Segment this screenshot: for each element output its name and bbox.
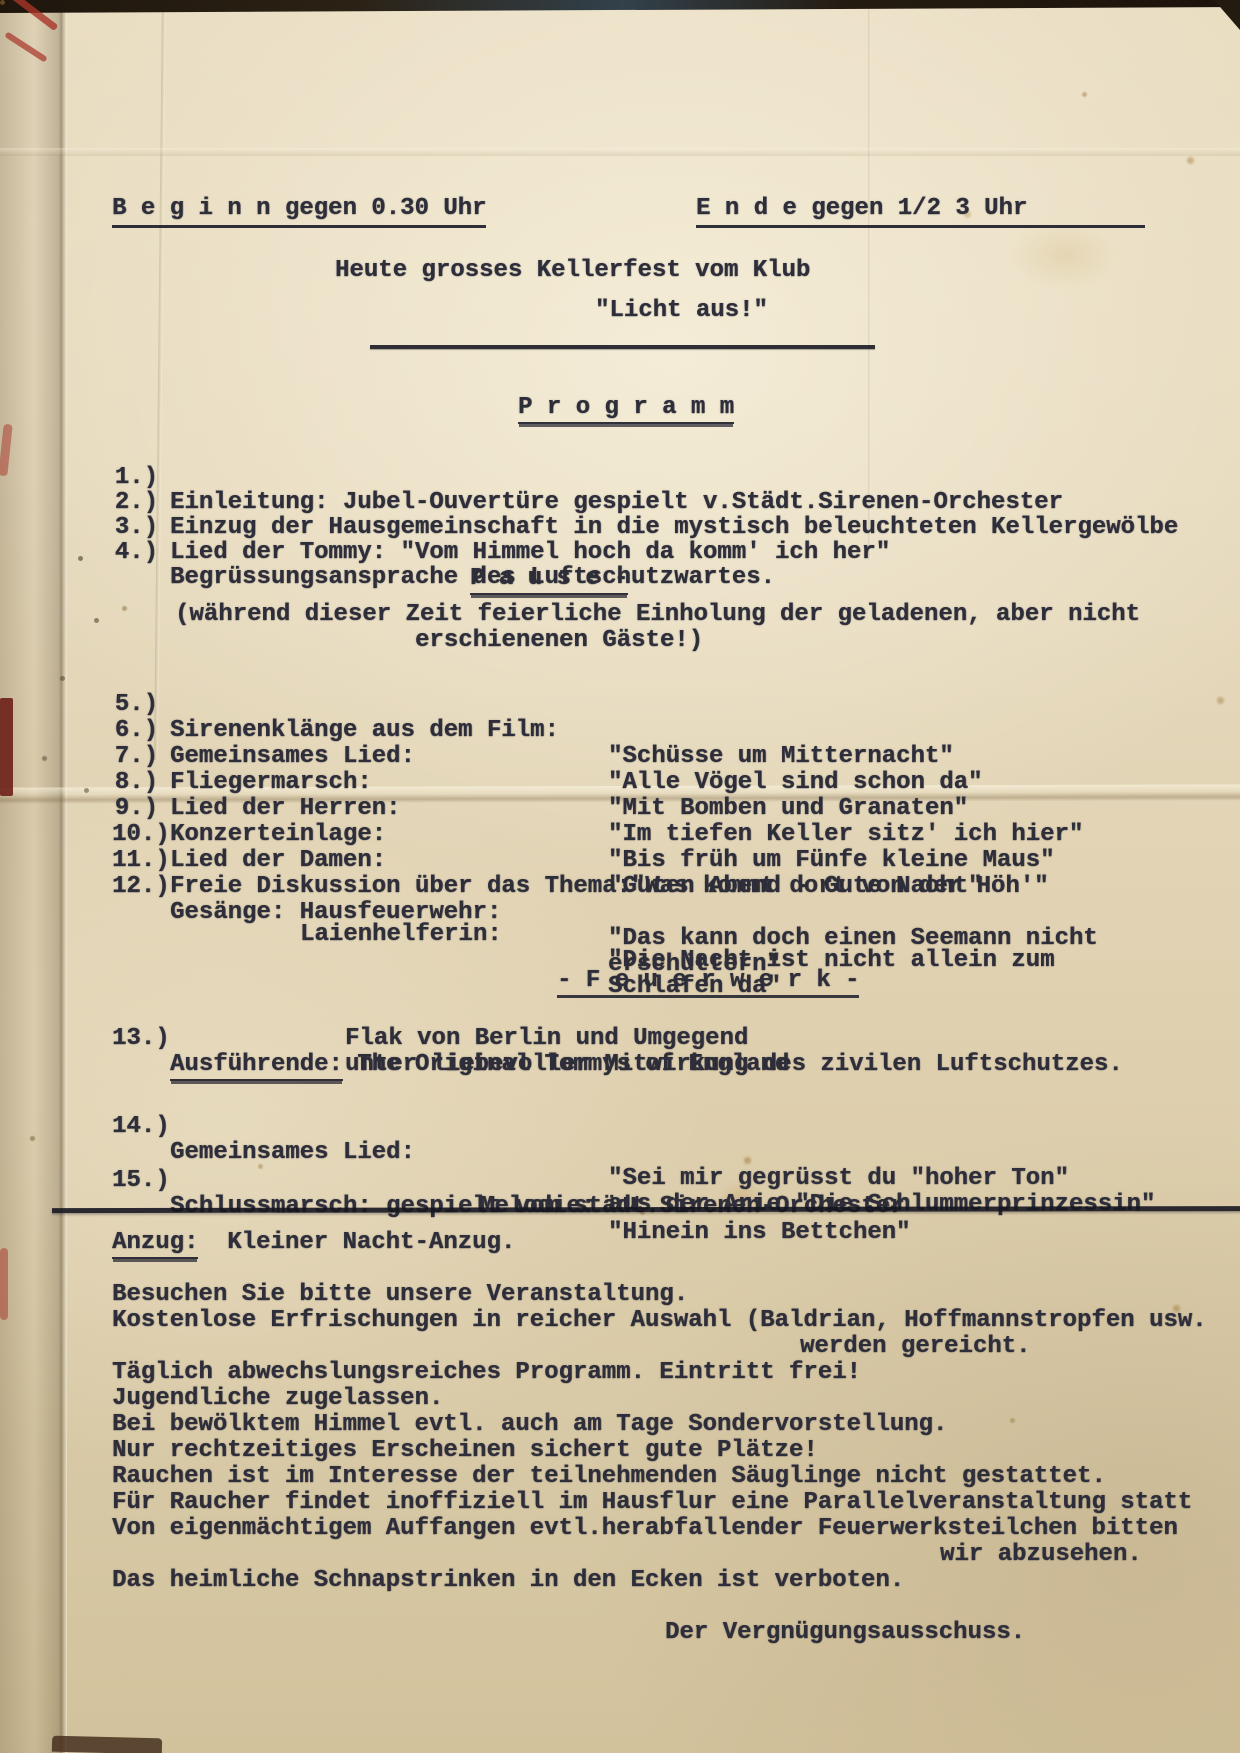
feuerwerk-heading-row: - F e u e r w e r k - <box>112 968 1240 994</box>
item-14: 14.) Gemeinsames Lied: "Sei mir gegrüsst… <box>112 1088 1240 1140</box>
program-item: 3.) Lied der Tommy: "Vom Himmel hoch da … <box>112 490 1240 515</box>
program-item: 1.) Einleitung: Jubel-Ouvertüre gespielt… <box>112 440 1240 465</box>
item-15: 15.) Schlussmarsch: gespielt vom städt.S… <box>112 1142 1240 1194</box>
signature: Der Vergnügungsausschuss. <box>112 1620 1240 1646</box>
header-times: B e g i n n gegen 0.30 Uhr E n d e gegen… <box>112 196 1240 222</box>
melodie-row: Melodie: "Hinein ins Bettchen" <box>112 1168 1240 1194</box>
note-line: Jugendliche zugelassen. <box>112 1386 1240 1412</box>
item-number: 14.) <box>112 1114 158 1140</box>
item-number: 4.) <box>112 540 158 565</box>
note-line: werden gereicht. <box>112 1334 1240 1360</box>
red-pencil-mark <box>0 698 13 796</box>
program-item: 2.) Einzug der Hausgemeinschaft in die m… <box>112 465 1240 490</box>
note-line: Besuchen Sie bitte unsere Veranstaltung. <box>112 1282 1240 1308</box>
program-item: 4.) Begrüssungsansprache des Luftschutzw… <box>112 515 1240 540</box>
program-items-5-12: 5.) Sirenenklänge aus dem Film: "Schüsse… <box>112 666 1240 900</box>
anzug-line: Anzug: Kleiner Nacht-Anzug. <box>112 1230 1240 1256</box>
program-heading: P r o g r a m m <box>518 394 734 424</box>
program-item: 5.) Sirenenklänge aus dem Film: "Schüsse… <box>112 666 1240 692</box>
note-line: Kostenlose Erfrischungen in reicher Ausw… <box>112 1308 1240 1334</box>
note-line: wir abzusehen. <box>112 1542 1240 1568</box>
begin-time-label: B e g i n n gegen 0.30 Uhr <box>112 195 486 228</box>
pause-note-line: (während dieser Zeit feierliche Einholun… <box>112 602 1240 628</box>
program-item: 12.) Gesänge: Hausfeuerwehr: "Das kann d… <box>112 848 1240 900</box>
notes-block: Besuchen Sie bitte unsere Veranstaltung.… <box>112 1282 1240 1594</box>
scan-corner-dark <box>52 1736 162 1753</box>
anzug-text: Kleiner Nacht-Anzug. <box>198 1229 515 1256</box>
pause-heading: P a u s e - <box>470 565 628 595</box>
program-item: 8.) Lied der Herren: "Im tiefen Keller s… <box>112 744 1240 770</box>
item-number: 13.) <box>112 1026 158 1052</box>
pause-note-line: erschienenen Gäste!) <box>112 628 1240 654</box>
program-item: 14.) Gemeinsames Lied: "Sei mir gegrüsst… <box>112 1088 1240 1140</box>
item-13: 13.) Ausführende: The Original Tommys of… <box>112 1000 1240 1078</box>
item-continuation: Flak von Berlin und Umgegend <box>112 1026 1240 1052</box>
program-item: 13.) Ausführende: The Original Tommys of… <box>112 1000 1240 1026</box>
event-title: Heute grosses Kellerfest vom Klub <box>112 258 1240 284</box>
item-label: Laienhelferin: <box>300 922 502 948</box>
item-text: Ausführende: The Original Tommys of Engl… <box>170 1052 789 1078</box>
program-item: 6.) Gemeinsames Lied: "Alle Vögel sind s… <box>112 692 1240 718</box>
program-item: Laienhelferin: "Die Nacht ist nicht alle… <box>112 896 1240 948</box>
end-time-label: E n d e gegen 1/2 3 Uhr <box>696 196 1145 228</box>
anzug-row: Anzug: Kleiner Nacht-Anzug. <box>112 1230 1240 1256</box>
red-pencil-mark <box>0 1248 8 1320</box>
note-line: Bei bewölktem Himmel evtl. auch am Tage … <box>112 1412 1240 1438</box>
pause-note: (während dieser Zeit feierliche Einholun… <box>112 602 1240 654</box>
club-name: "Licht aus!" <box>112 298 1240 324</box>
item-label: Ausführende: <box>170 1051 343 1081</box>
foxing-spots <box>0 0 5 5</box>
laienhelferin-row: Laienhelferin: "Die Nacht ist nicht alle… <box>112 896 1240 948</box>
item-text: Lied der Tommy: "Vom Himmel hoch da komm… <box>170 540 890 565</box>
anzug-label: Anzug: <box>112 1229 198 1259</box>
note-line: Von eigenmächtigem Auffangen evtl.herabf… <box>112 1516 1240 1542</box>
underlying-sheet-edge <box>0 0 62 1753</box>
note-line: Das heimliche Schnapstrinken in den Ecke… <box>112 1568 1240 1594</box>
horizontal-crease <box>0 148 1240 156</box>
title-underline-rule <box>370 345 875 349</box>
program-heading-row: P r o g r a m m <box>112 395 1240 421</box>
program-item: 10.) Lied der Damen: "Guten Abend - Gute… <box>112 796 1240 822</box>
program-item: 11.) Freie Diskussion über das Thema:"Wa… <box>112 822 1240 848</box>
footer: Der Vergnügungsausschuss. <box>112 1620 1240 1646</box>
left-fold-crease <box>62 0 67 1753</box>
title-block: Heute grosses Kellerfest vom Klub "Licht… <box>112 258 1240 324</box>
feuerwerk-heading: - F e u e r w e r k - <box>557 967 859 998</box>
note-line: Täglich abwechslungsreiches Programm. Ei… <box>112 1360 1240 1386</box>
program-item: 15.) Schlussmarsch: gespielt vom städt.S… <box>112 1142 1240 1168</box>
program-item: 7.) Fliegermarsch: "Mit Bomben und Grana… <box>112 718 1240 744</box>
program-item: 9.) Konzerteinlage: "Bis früh um Fünfe k… <box>112 770 1240 796</box>
scanned-typewritten-program-page: B e g i n n gegen 0.30 Uhr E n d e gegen… <box>0 0 1240 1753</box>
note-line: Für Raucher findet inoffiziell im Hausfl… <box>112 1490 1240 1516</box>
note-line: Rauchen ist im Interesse der teilnehmend… <box>112 1464 1240 1490</box>
pause-heading-row: P a u s e - <box>112 566 1240 592</box>
program-items-1-4: 1.) Einleitung: Jubel-Ouvertüre gespielt… <box>112 440 1240 540</box>
item-label-rest: The Original Tommys of England <box>343 1051 789 1078</box>
note-line: Nur rechtzeitiges Erscheinen sichert gut… <box>112 1438 1240 1464</box>
